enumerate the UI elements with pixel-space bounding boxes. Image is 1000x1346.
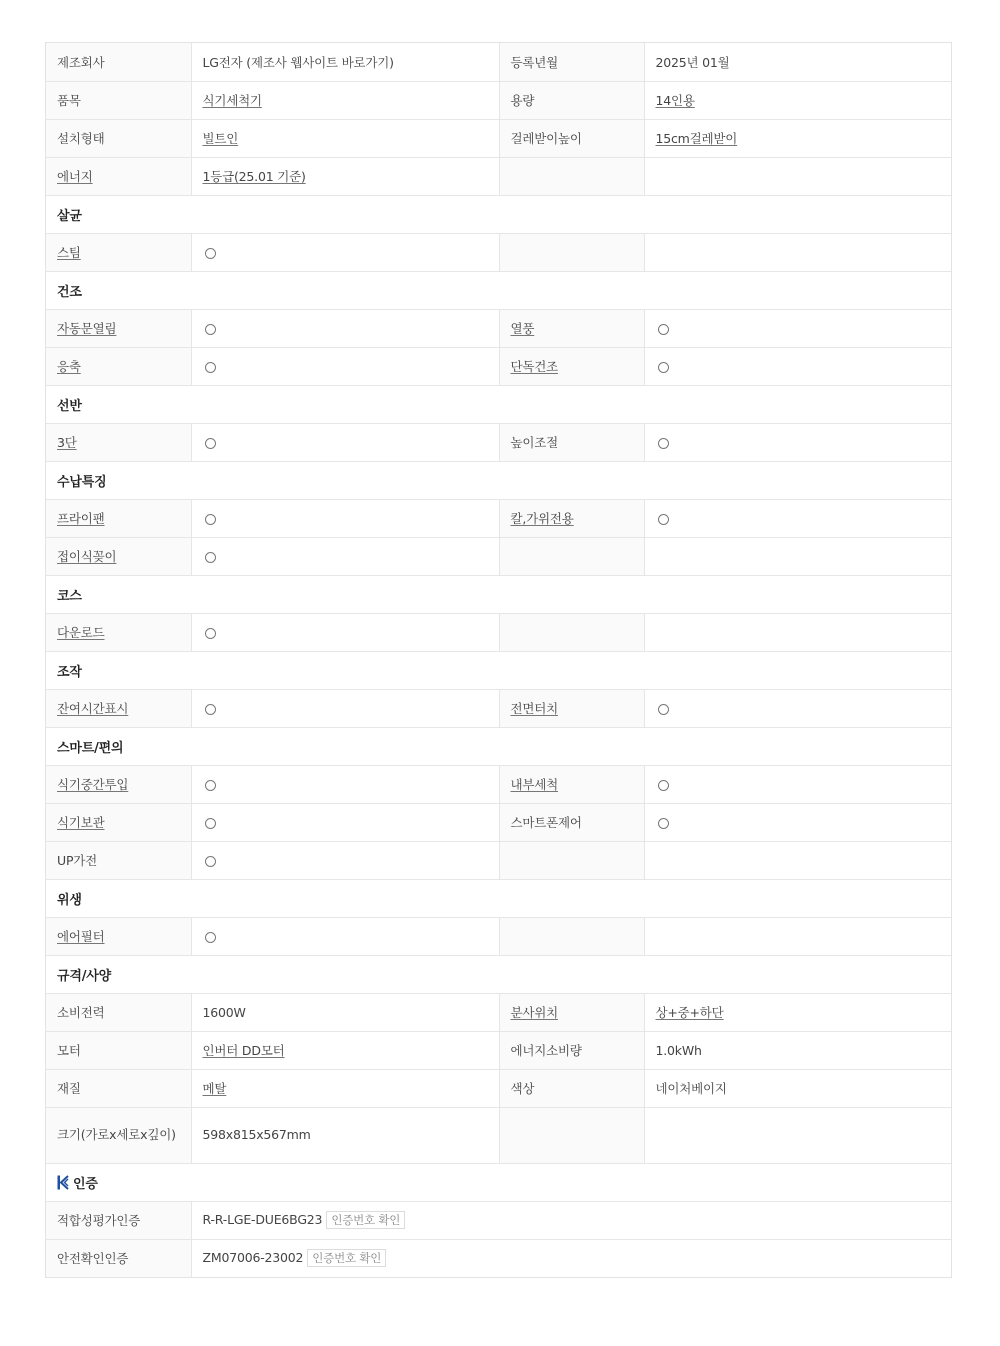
conformity-cert-number: R-R-LGE-DUE6BG23: [203, 1212, 323, 1227]
table-row-motor: 모터 인버터 DD모터 에너지소비량 1.0kWh: [46, 1031, 951, 1069]
supported-circle-icon: [205, 362, 216, 373]
section-sterilization: 살균: [46, 195, 951, 233]
energy-label-link[interactable]: 에너지: [57, 169, 93, 184]
supported-circle-icon: [658, 818, 669, 829]
supported-circle-icon: [658, 362, 669, 373]
value-energy-consumption: 1.0kWh: [644, 1031, 951, 1069]
section-control: 조작: [46, 651, 951, 689]
section-title: 살균: [46, 195, 951, 233]
label-power: 소비전력: [46, 993, 191, 1031]
label-smartphone-control: 스마트폰제어: [499, 803, 644, 841]
table-row-download: 다운로드: [46, 613, 951, 651]
supported-circle-icon: [205, 438, 216, 449]
section-certification: 인증: [46, 1163, 951, 1201]
supported-circle-icon: [205, 552, 216, 563]
table-row-three-tier: 3단 높이조절: [46, 423, 951, 461]
supported-circle-icon: [205, 932, 216, 943]
label-baseboard-height: 걸레받이높이: [499, 119, 644, 157]
inner-clean-link[interactable]: 내부세척: [511, 777, 559, 792]
safety-cert-number: ZM07006-23002: [203, 1250, 304, 1265]
supported-circle-icon: [205, 324, 216, 335]
section-title: 수납특징: [46, 461, 951, 499]
table-row-frypan: 프라이팬 칼,가위전용: [46, 499, 951, 537]
download-link[interactable]: 다운로드: [57, 625, 105, 640]
knife-scissors-link[interactable]: 칼,가위전용: [511, 511, 574, 526]
supported-circle-icon: [658, 780, 669, 791]
auto-door-link[interactable]: 자동문열림: [57, 321, 116, 336]
capacity-link[interactable]: 14인용: [656, 93, 695, 108]
supported-circle-icon: [205, 514, 216, 525]
supported-circle-icon: [658, 704, 669, 715]
label-material: 재질: [46, 1069, 191, 1107]
empty-value-cell: [644, 157, 951, 195]
table-row-category: 품목 식기세척기 용량 14인용: [46, 81, 951, 119]
manufacturer-website-link[interactable]: LG전자 (제조사 웹사이트 바로가기): [203, 55, 394, 70]
section-title: 인증: [73, 1177, 98, 1192]
table-row-dish-storage: 식기보관 스마트폰제어: [46, 803, 951, 841]
section-course: 코스: [46, 575, 951, 613]
install-type-link[interactable]: 빌트인: [203, 131, 239, 146]
section-title: 건조: [46, 271, 951, 309]
section-title: 위생: [46, 879, 951, 917]
dish-storage-link[interactable]: 식기보관: [57, 815, 105, 830]
hot-air-link[interactable]: 열풍: [511, 321, 535, 336]
table-row-air-filter: 에어필터: [46, 917, 951, 955]
supported-circle-icon: [205, 704, 216, 715]
section-drying: 건조: [46, 271, 951, 309]
table-row-mid-load: 식기중간투입 내부세척: [46, 765, 951, 803]
label-manufacturer: 제조회사: [46, 43, 191, 81]
product-spec-table-container: 제조회사 LG전자 (제조사 웹사이트 바로가기) 등록년월 2025년 01월…: [45, 42, 952, 1278]
air-filter-link[interactable]: 에어필터: [57, 929, 105, 944]
section-spec: 규격/사양: [46, 955, 951, 993]
table-row-up-appliance: UP가전: [46, 841, 951, 879]
value-color: 네이처베이지: [644, 1069, 951, 1107]
label-up-appliance: UP가전: [46, 841, 191, 879]
supported-circle-icon: [205, 248, 216, 259]
table-row-energy: 에너지 1등급(25.01 기준): [46, 157, 951, 195]
table-row-folding-rack: 접이식꽂이: [46, 537, 951, 575]
baseboard-height-link[interactable]: 15cm걸레받이: [656, 131, 738, 146]
spray-position-value-link[interactable]: 상+중+하단: [656, 1005, 724, 1020]
mid-load-link[interactable]: 식기중간투입: [57, 777, 128, 792]
supported-circle-icon: [658, 324, 669, 335]
condense-link[interactable]: 응축: [57, 359, 81, 374]
verify-cert-number-button[interactable]: 인증번호 확인: [307, 1249, 386, 1267]
section-hygiene: 위생: [46, 879, 951, 917]
table-row-remaining-time: 잔여시간표시 전면터치: [46, 689, 951, 727]
table-row-install-type: 설치형태 빌트인 걸레받이높이 15cm걸레받이: [46, 119, 951, 157]
frypan-link[interactable]: 프라이팬: [57, 511, 105, 526]
empty-label-cell: [499, 157, 644, 195]
table-row-conformity-cert: 적합성평가인증 R-R-LGE-DUE6BG23인증번호 확인: [46, 1201, 951, 1239]
section-smart: 스마트/편의: [46, 727, 951, 765]
material-value-link[interactable]: 메탈: [203, 1081, 227, 1096]
value-manufacturer: LG전자 (제조사 웹사이트 바로가기): [191, 43, 499, 81]
verify-cert-number-button[interactable]: 인증번호 확인: [326, 1211, 405, 1229]
supported-circle-icon: [205, 818, 216, 829]
label-registered-date: 등록년월: [499, 43, 644, 81]
section-title: 코스: [46, 575, 951, 613]
table-row-manufacturer: 제조회사 LG전자 (제조사 웹사이트 바로가기) 등록년월 2025년 01월: [46, 43, 951, 81]
label-capacity: 용량: [499, 81, 644, 119]
remaining-time-link[interactable]: 잔여시간표시: [57, 701, 128, 716]
value-registered-date: 2025년 01월: [644, 43, 951, 81]
label-motor: 모터: [46, 1031, 191, 1069]
table-row-condense: 응축 단독건조: [46, 347, 951, 385]
table-row-auto-door: 자동문열림 열풍: [46, 309, 951, 347]
supported-circle-icon: [205, 780, 216, 791]
value-size: 598x815x567mm: [191, 1107, 499, 1163]
label-height-adjust: 높이조절: [499, 423, 644, 461]
product-spec-table: 제조회사 LG전자 (제조사 웹사이트 바로가기) 등록년월 2025년 01월…: [46, 43, 951, 1277]
label-conformity-cert: 적합성평가인증: [46, 1201, 191, 1239]
label-color: 색상: [499, 1069, 644, 1107]
folding-rack-link[interactable]: 접이식꽂이: [57, 549, 116, 564]
table-row-material: 재질 메탈 색상 네이처베이지: [46, 1069, 951, 1107]
table-row-steam: 스팀: [46, 233, 951, 271]
standalone-dry-link[interactable]: 단독건조: [511, 359, 559, 374]
label-energy-consumption: 에너지소비량: [499, 1031, 644, 1069]
supported-circle-icon: [205, 856, 216, 867]
section-title: 규격/사양: [46, 955, 951, 993]
section-title: 스마트/편의: [46, 727, 951, 765]
spray-position-link[interactable]: 분사위치: [511, 1005, 559, 1020]
steam-link[interactable]: 스팀: [57, 245, 81, 260]
section-shelf: 선반: [46, 385, 951, 423]
label-size: 크기(가로x세로x깊이): [46, 1107, 191, 1163]
section-title: 선반: [46, 385, 951, 423]
table-row-power: 소비전력 1600W 분사위치 상+중+하단: [46, 993, 951, 1031]
supported-circle-icon: [658, 514, 669, 525]
label-category: 품목: [46, 81, 191, 119]
value-power: 1600W: [191, 993, 499, 1031]
category-link[interactable]: 식기세척기: [203, 93, 262, 108]
energy-grade-link[interactable]: 1등급(25.01 기준): [203, 169, 306, 184]
supported-circle-icon: [658, 438, 669, 449]
section-title: 조작: [46, 651, 951, 689]
label-install-type: 설치형태: [46, 119, 191, 157]
table-row-size: 크기(가로x세로x깊이) 598x815x567mm: [46, 1107, 951, 1163]
three-tier-link[interactable]: 3단: [57, 435, 77, 450]
section-storage: 수납특징: [46, 461, 951, 499]
label-safety-cert: 안전확인인증: [46, 1239, 191, 1277]
kc-mark-icon: [57, 1175, 69, 1190]
supported-circle-icon: [205, 628, 216, 639]
motor-value-link[interactable]: 인버터 DD모터: [203, 1043, 285, 1058]
table-row-safety-cert: 안전확인인증 ZM07006-23002인증번호 확인: [46, 1239, 951, 1277]
front-touch-link[interactable]: 전면터치: [511, 701, 559, 716]
